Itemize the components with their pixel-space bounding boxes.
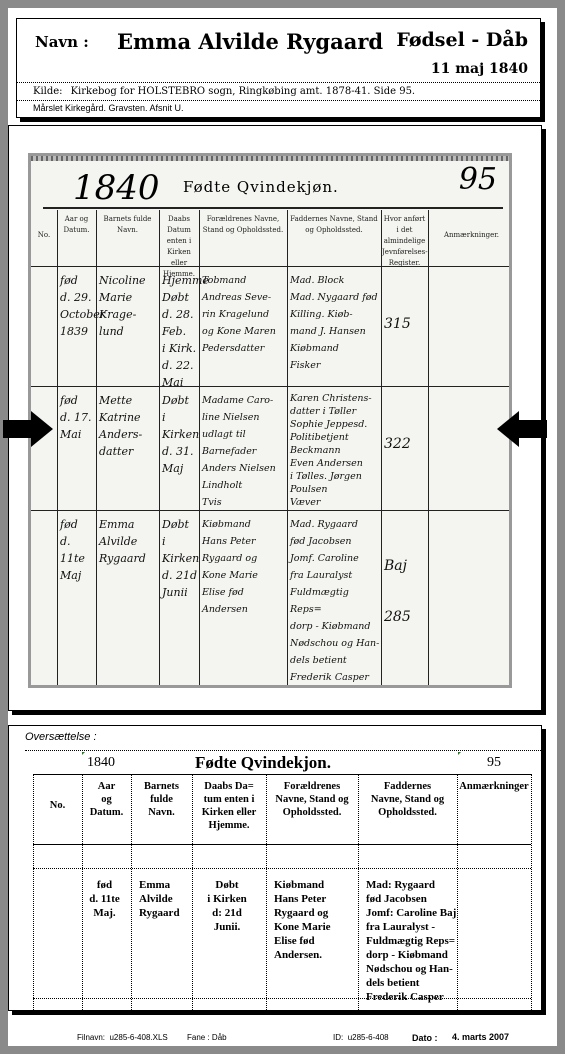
arrow-right-icon xyxy=(3,411,53,447)
scan-cell-daab: Døbt i Kirken d. 31. Maj xyxy=(162,392,198,477)
scan-cell-datum: fød d. 11te Maj xyxy=(60,516,95,584)
scan-cell-register: 322 xyxy=(384,436,427,453)
translation-title: Fødte Qvindekjon. xyxy=(195,753,331,773)
scan-title: Fødte Qvindekjøn. xyxy=(183,178,339,196)
scan-column-line xyxy=(57,210,58,688)
scan-column-header: Daabs Datum enten i Kirken eller Hjemme. xyxy=(160,214,198,280)
church-book-scan: 1840 Fødte Qvindekjøn. 95 No.Aar og Datu… xyxy=(28,153,512,688)
footer-date: 4. marts 2007 xyxy=(452,1032,509,1042)
scan-column-header: Barnets fulde Navn. xyxy=(97,214,158,236)
translation-box: Oversættelse : 1840 Fødte Qvindekjon. 95… xyxy=(8,725,542,1011)
scan-column-line xyxy=(159,210,160,688)
scan-cell-foraeldre: Madame Caro- line Nielsen udlagt til Bar… xyxy=(202,392,286,511)
scan-column-header: No. xyxy=(32,230,56,241)
table-column-header: Daabs Da= tum enten i Kirken eller Hjemm… xyxy=(193,780,265,832)
scan-row-line xyxy=(31,386,509,387)
header-box: Navn : Emma Alvilde Rygaard Fødsel - Dåb… xyxy=(16,18,541,118)
footer-id: ID: u285-6-408 xyxy=(333,1033,389,1042)
scan-column-header: Aar og Datum. xyxy=(58,214,95,236)
cell-comment-marker xyxy=(458,752,461,755)
scan-cell-register: Baj 285 xyxy=(384,558,427,626)
scan-cell-foraeldre: Tobmand Andreas Seve- rin Kragelund og K… xyxy=(202,272,286,357)
table-row-line xyxy=(33,868,531,869)
translation-page: 95 xyxy=(487,755,501,771)
source-label: Kilde: xyxy=(17,86,71,97)
translation-label: Oversættelse : xyxy=(25,731,97,743)
scan-column-line xyxy=(287,210,288,688)
scan-cell-register: 315 xyxy=(384,316,427,333)
scan-cell-faddere: Karen Christens- datter i Tøller Sophie … xyxy=(290,392,380,509)
person-name: Emma Alvilde Rygaard xyxy=(117,29,383,54)
table-column-header: Aar og Datum. xyxy=(83,780,130,819)
table-cell-faddere: Mad: Rygaard fød Jacobsen Jomf: Caroline… xyxy=(366,878,476,1004)
footer-sheet: Fane : Dåb xyxy=(187,1033,227,1042)
scan-column-line xyxy=(96,210,97,688)
scan-column-header: Forældrenes Navne, Stand og Opholdssted. xyxy=(200,214,286,236)
table-cell-foraeldre: Kiøbmand Hans Peter Rygaard og Kone Mari… xyxy=(274,878,360,962)
table-column-header: Anmærkninger xyxy=(458,780,530,793)
scan-table: No.Aar og Datum.Barnets fulde Navn.Daabs… xyxy=(31,210,509,688)
cell-comment-marker xyxy=(82,752,85,755)
footer-date-label: Dato : xyxy=(412,1033,438,1043)
table-row-line xyxy=(33,774,531,775)
source-value: Kirkebog for HOLSTEBRO sogn, Ringkøbing … xyxy=(71,86,416,97)
table-row-line xyxy=(33,844,531,845)
scan-cell-faddere: Mad. Block Mad. Nygaard fød Killing. Kiø… xyxy=(290,272,380,374)
table-cell-daab: Døbt i Kirken d: 21d Junii. xyxy=(193,878,261,934)
scan-cell-datum: fød d. 17. Mai xyxy=(60,392,95,443)
table-column-line xyxy=(531,774,532,1010)
table-cell-navn: Emma Alvilde Rygaard xyxy=(139,878,194,920)
table-column-header: Forældrenes Navne, Stand og Opholdssted. xyxy=(267,780,357,819)
footer-filename: Filnavn: u285-6-408.XLS xyxy=(77,1033,168,1042)
scan-rule xyxy=(43,207,503,209)
scan-edge xyxy=(31,156,509,161)
scan-column-line xyxy=(381,210,382,688)
scan-cell-daab: Hjemme Døbt d. 28. Feb. i Kirk. d. 22. M… xyxy=(162,272,198,391)
table-column-header: No. xyxy=(34,799,81,812)
scan-column-header: Faddernes Navne, Stand og Opholdssted. xyxy=(288,214,380,236)
event-type: Fødsel - Dåb xyxy=(396,29,528,51)
scan-cell-daab: Døbt i Kirken d. 21d Junii xyxy=(162,516,198,601)
translation-year: 1840 xyxy=(87,755,115,771)
grave-note: Mårslet Kirkegård. Gravsten. Afsnit U. xyxy=(33,103,184,113)
translation-table: No.Aar og Datum.Barnets fulde Navn.Daabs… xyxy=(33,774,531,1010)
scan-row-line xyxy=(31,266,509,267)
table-cell-datum: fød d. 11te Maj. xyxy=(83,878,126,920)
scan-year: 1840 xyxy=(73,168,160,208)
scan-cell-faddere: Mad. Rygaard fød Jacobsen Jomf. Caroline… xyxy=(290,516,380,686)
scan-cell-navn: Mette Katrine Anders- datter xyxy=(99,392,158,460)
scan-cell-foraeldre: Kiøbmand Hans Peter Rygaard og Kone Mari… xyxy=(202,516,286,618)
scan-box: 1840 Fødte Qvindekjøn. 95 No.Aar og Datu… xyxy=(8,125,542,711)
scan-column-header: Anmærkninger. xyxy=(429,230,512,241)
scan-column-line xyxy=(428,210,429,688)
scan-column-header: Hvor anført i det almindelige Jevnførels… xyxy=(382,214,427,269)
scan-page-number: 95 xyxy=(459,162,497,197)
source-line: Kilde:Kirkebog for HOLSTEBRO sogn, Ringk… xyxy=(17,82,540,101)
scan-cell-navn: Nicoline Marie Krage- lund xyxy=(99,272,158,340)
table-column-header: Barnets fulde Navn. xyxy=(132,780,191,819)
scan-cell-datum: fød d. 29. October 1839 xyxy=(60,272,95,340)
name-label: Navn : xyxy=(35,33,89,51)
arrow-left-icon xyxy=(497,411,547,447)
table-column-header: Faddernes Navne, Stand og Opholdssted. xyxy=(359,780,456,819)
event-date: 11 maj 1840 xyxy=(431,61,528,77)
scan-cell-navn: Emma Alvilde Rygaard xyxy=(99,516,158,567)
dotted-divider xyxy=(25,750,541,751)
